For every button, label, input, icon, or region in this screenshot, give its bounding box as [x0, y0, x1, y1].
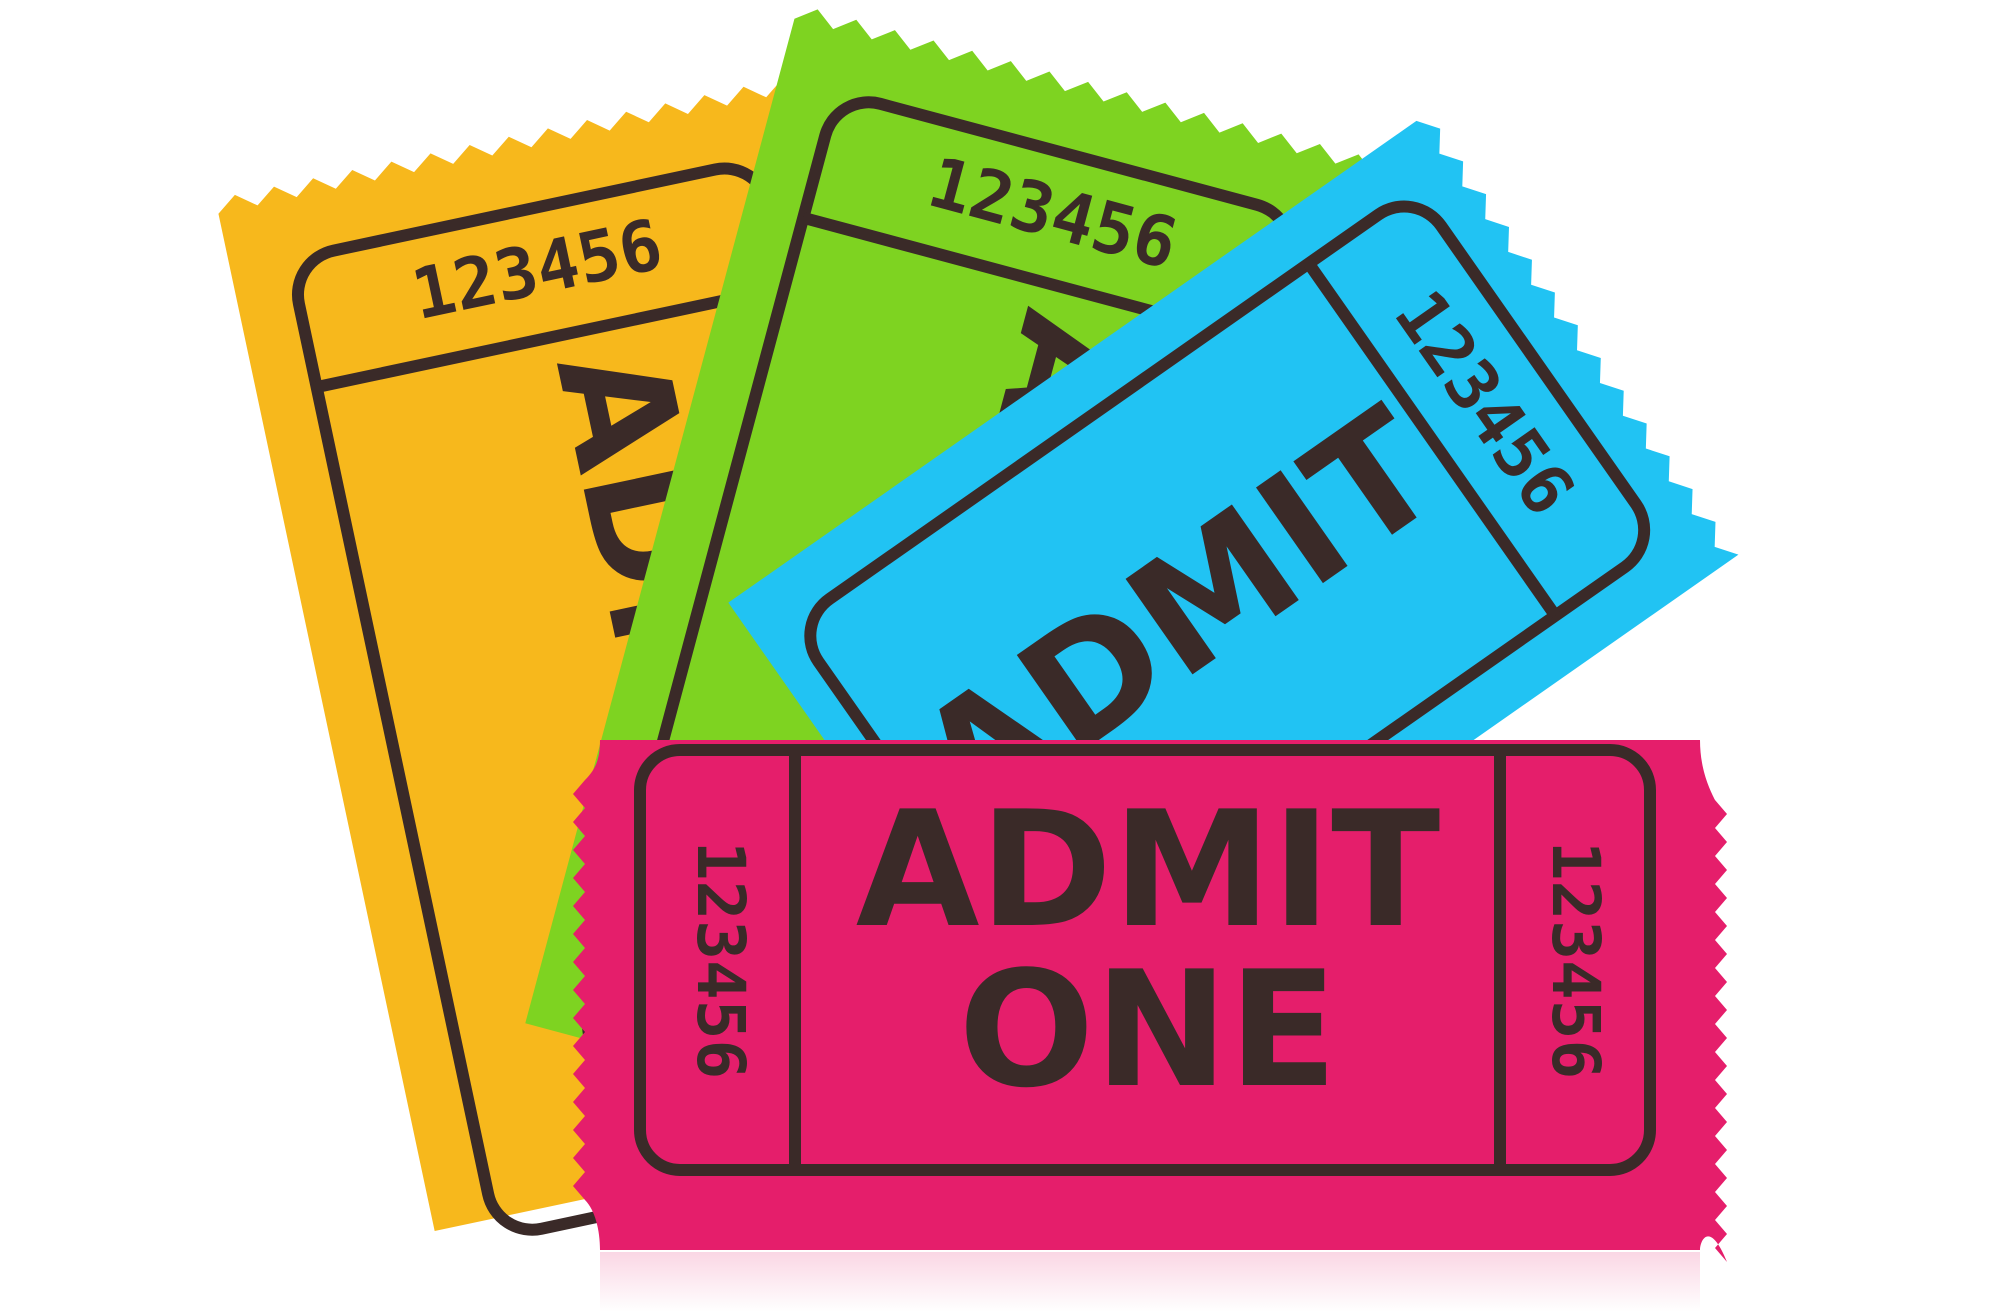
- ticket-pink: 123456 123456 ADMIT ONE: [573, 740, 1727, 1262]
- floor-reflection: [600, 1252, 1700, 1312]
- pink-serial-right: 123456: [1537, 841, 1614, 1079]
- pink-label-line1: ADMIT: [856, 776, 1441, 963]
- pink-label-line2: ONE: [958, 936, 1337, 1123]
- tickets-illustration: 123456 ADMIT 123456 ADMIT 123456 ADMIT 1…: [0, 0, 2000, 1316]
- pink-serial-left: 123456: [682, 841, 759, 1079]
